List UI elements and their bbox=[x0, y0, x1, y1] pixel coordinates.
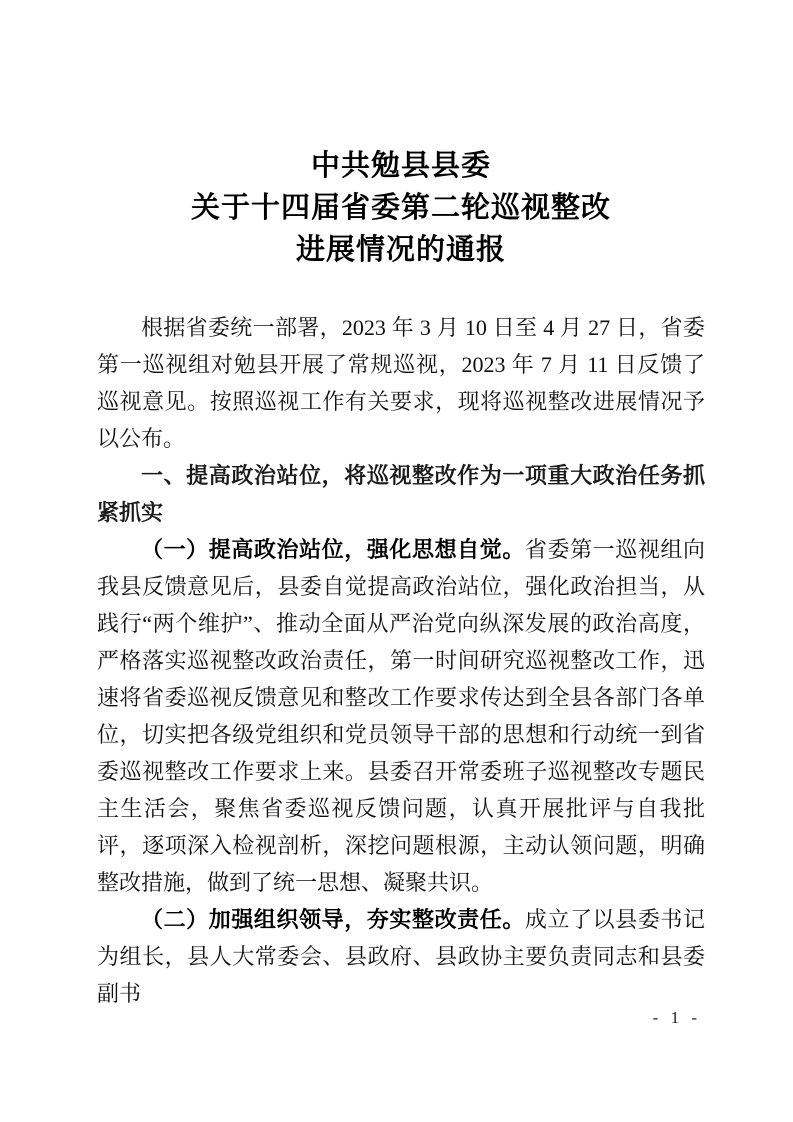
item-1-text: 省委第一巡视组向我县反馈意见后，县委自觉提高政治站位，强化政治担当，从践行“两个… bbox=[97, 537, 705, 895]
document-page: 中共勉县县委 关于十四届省委第二轮巡视整改 进展情况的通报 根据省委统一部署，2… bbox=[0, 0, 793, 1122]
title-line-1: 中共勉县县委 bbox=[97, 145, 705, 187]
item-1-paragraph: （一）提高政治站位，强化思想自觉。省委第一巡视组向我县反馈意见后，县委自觉提高政… bbox=[97, 531, 705, 901]
title-line-2: 关于十四届省委第二轮巡视整改 bbox=[97, 187, 705, 229]
item-2-lead: （二）加强组织领导，夯实整改责任。 bbox=[141, 907, 525, 932]
intro-paragraph: 根据省委统一部署，2023 年 3 月 10 日至 4 月 27 日，省委第一巡… bbox=[97, 309, 705, 457]
title-line-3: 进展情况的通报 bbox=[97, 229, 705, 271]
item-2-paragraph: （二）加强组织领导，夯实整改责任。成立了以县委书记为组长，县人大常委会、县政府、… bbox=[97, 901, 705, 1012]
item-1-lead: （一）提高政治站位，强化思想自觉。 bbox=[141, 537, 525, 562]
section-1-heading: 一、提高政治站位，将巡视整改作为一项重大政治任务抓紧抓实 bbox=[97, 457, 705, 531]
page-number: - 1 - bbox=[653, 1008, 701, 1028]
document-title: 中共勉县县委 关于十四届省委第二轮巡视整改 进展情况的通报 bbox=[97, 145, 705, 271]
